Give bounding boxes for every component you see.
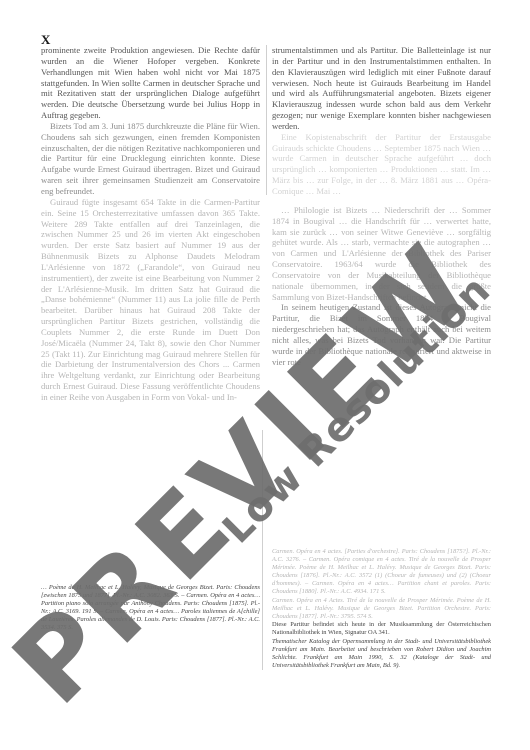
paragraph: Eine Kopistenabschrift der Partitur der … [272, 132, 491, 197]
paragraph: In seinem heutigen Zustand ist dieses Au… [272, 302, 491, 367]
footnotes-left: … Poème de H. Meilhac et L. Halévy, Musi… [41, 584, 260, 633]
paragraph: Bizets Tod am 3. Juni 1875 durchkreuzte … [41, 121, 260, 197]
footnote: Diese Partitur befindet sich heute in de… [272, 621, 491, 637]
left-column: prominente zweite Produktion angewiesen.… [41, 45, 260, 403]
column-divider [266, 45, 267, 195]
paragraph: Guiraud fügte insgesamt 654 Takte in die… [41, 197, 260, 403]
footnote: Carmen. Opéra en 4 Actes. Tiré de la nou… [272, 597, 491, 621]
footnotes-right: Carmen. Opéra en 4 actes. [Parties d'orc… [272, 548, 491, 670]
right-column: strumentalstimmen und als Partitur. Die … [272, 45, 491, 367]
footnote: Thematischer Katalog der Opernsammlung i… [272, 638, 491, 670]
paragraph: strumentalstimmen und als Partitur. Die … [272, 45, 491, 132]
footnote: Carmen. Opéra en 4 actes. [Parties d'orc… [272, 548, 491, 596]
paragraph: prominente zweite Produktion angewiesen.… [41, 45, 260, 121]
column-divider [262, 430, 263, 670]
paragraph: … Philologie ist Bizets … Niederschrift … [272, 205, 491, 303]
footnote: … Poème de H. Meilhac et L. Halévy, Musi… [41, 584, 260, 632]
